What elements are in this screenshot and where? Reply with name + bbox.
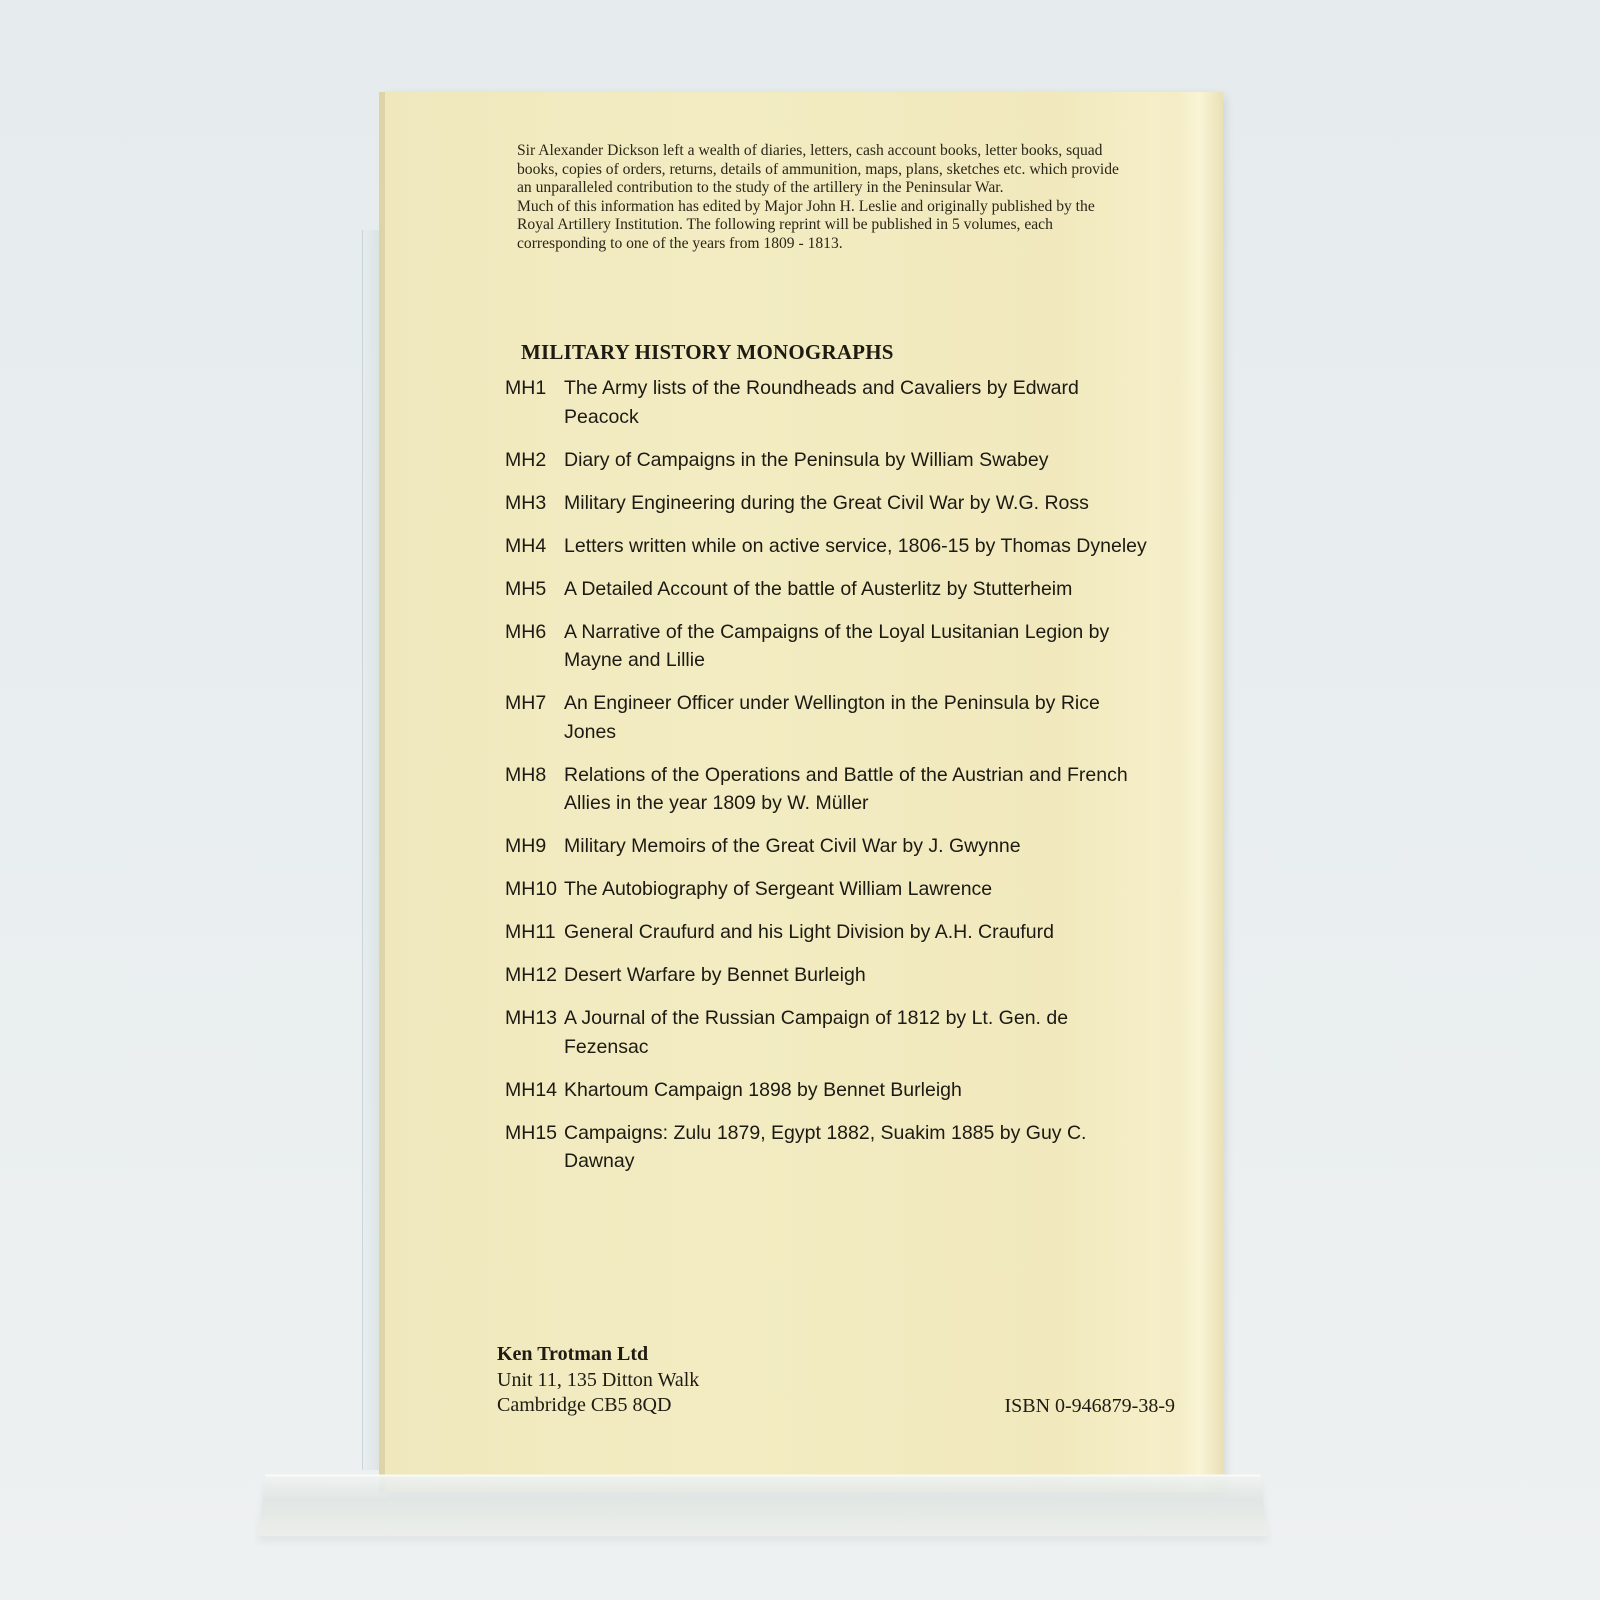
monograph-code: MH1 <box>505 374 564 431</box>
monograph-code: MH2 <box>505 446 564 475</box>
monograph-title: General Craufurd and his Light Division … <box>564 918 1155 947</box>
monograph-code: MH5 <box>505 575 564 604</box>
monograph-title: A Narrative of the Campaigns of the Loya… <box>564 618 1155 675</box>
monograph-item: MH5A Detailed Account of the battle of A… <box>505 575 1155 604</box>
monograph-item: MH6A Narrative of the Campaigns of the L… <box>505 618 1155 675</box>
acrylic-stand-base <box>258 1475 1267 1536</box>
series-list: MH1The Army lists of the Roundheads and … <box>505 374 1155 1190</box>
publisher-address-line1: Unit 11, 135 Ditton Walk <box>497 1368 699 1394</box>
book-edge <box>1175 92 1223 1492</box>
monograph-code: MH14 <box>505 1076 564 1105</box>
monograph-title: A Journal of the Russian Campaign of 181… <box>564 1004 1155 1061</box>
monograph-item: MH9Military Memoirs of the Great Civil W… <box>505 832 1155 861</box>
monograph-title: Diary of Campaigns in the Peninsula by W… <box>564 446 1155 475</box>
isbn: ISBN 0-946879-38-9 <box>1004 1395 1175 1418</box>
blurb-paragraph: Sir Alexander Dickson left a wealth of d… <box>517 142 1127 198</box>
monograph-code: MH11 <box>505 918 564 947</box>
monograph-item: MH3Military Engineering during the Great… <box>505 489 1155 518</box>
monograph-title: Desert Warfare by Bennet Burleigh <box>564 961 1155 990</box>
monograph-title: Military Engineering during the Great Ci… <box>564 489 1155 518</box>
book-back-cover: Sir Alexander Dickson left a wealth of d… <box>385 92 1223 1492</box>
monograph-title: The Army lists of the Roundheads and Cav… <box>564 374 1155 431</box>
series-title: MILITARY HISTORY MONOGRAPHS <box>521 340 894 365</box>
monograph-item: MH11General Craufurd and his Light Divis… <box>505 918 1155 947</box>
monograph-title: The Autobiography of Sergeant William La… <box>564 875 1155 904</box>
monograph-title: A Detailed Account of the battle of Aust… <box>564 575 1155 604</box>
monograph-code: MH13 <box>505 1004 564 1061</box>
monograph-item: MH1The Army lists of the Roundheads and … <box>505 374 1155 431</box>
monograph-title: Campaigns: Zulu 1879, Egypt 1882, Suakim… <box>564 1119 1155 1176</box>
monograph-code: MH12 <box>505 961 564 990</box>
blurb-paragraph: Much of this information has edited by M… <box>517 198 1127 254</box>
monograph-code: MH7 <box>505 689 564 746</box>
monograph-item: MH8Relations of the Operations and Battl… <box>505 761 1155 818</box>
monograph-code: MH4 <box>505 532 564 561</box>
monograph-item: MH13A Journal of the Russian Campaign of… <box>505 1004 1155 1061</box>
publisher-block: Ken Trotman Ltd Unit 11, 135 Ditton Walk… <box>497 1342 699 1419</box>
monograph-item: MH4Letters written while on active servi… <box>505 532 1155 561</box>
monograph-code: MH10 <box>505 875 564 904</box>
publisher-address-line2: Cambridge CB5 8QD <box>497 1393 699 1419</box>
monograph-item: MH15Campaigns: Zulu 1879, Egypt 1882, Su… <box>505 1119 1155 1176</box>
monograph-code: MH15 <box>505 1119 564 1176</box>
publisher-name: Ken Trotman Ltd <box>497 1342 699 1368</box>
monograph-code: MH8 <box>505 761 564 818</box>
monograph-code: MH9 <box>505 832 564 861</box>
monograph-title: Letters written while on active service,… <box>564 532 1155 561</box>
monograph-title: Khartoum Campaign 1898 by Bennet Burleig… <box>564 1076 1155 1105</box>
monograph-title: Military Memoirs of the Great Civil War … <box>564 832 1155 861</box>
monograph-item: MH14Khartoum Campaign 1898 by Bennet Bur… <box>505 1076 1155 1105</box>
monograph-item: MH12Desert Warfare by Bennet Burleigh <box>505 961 1155 990</box>
monograph-item: MH2Diary of Campaigns in the Peninsula b… <box>505 446 1155 475</box>
monograph-title: An Engineer Officer under Wellington in … <box>564 689 1155 746</box>
monograph-item: MH7An Engineer Officer under Wellington … <box>505 689 1155 746</box>
monograph-code: MH3 <box>505 489 564 518</box>
monograph-code: MH6 <box>505 618 564 675</box>
monograph-title: Relations of the Operations and Battle o… <box>564 761 1155 818</box>
blurb: Sir Alexander Dickson left a wealth of d… <box>517 142 1127 254</box>
monograph-item: MH10The Autobiography of Sergeant Willia… <box>505 875 1155 904</box>
